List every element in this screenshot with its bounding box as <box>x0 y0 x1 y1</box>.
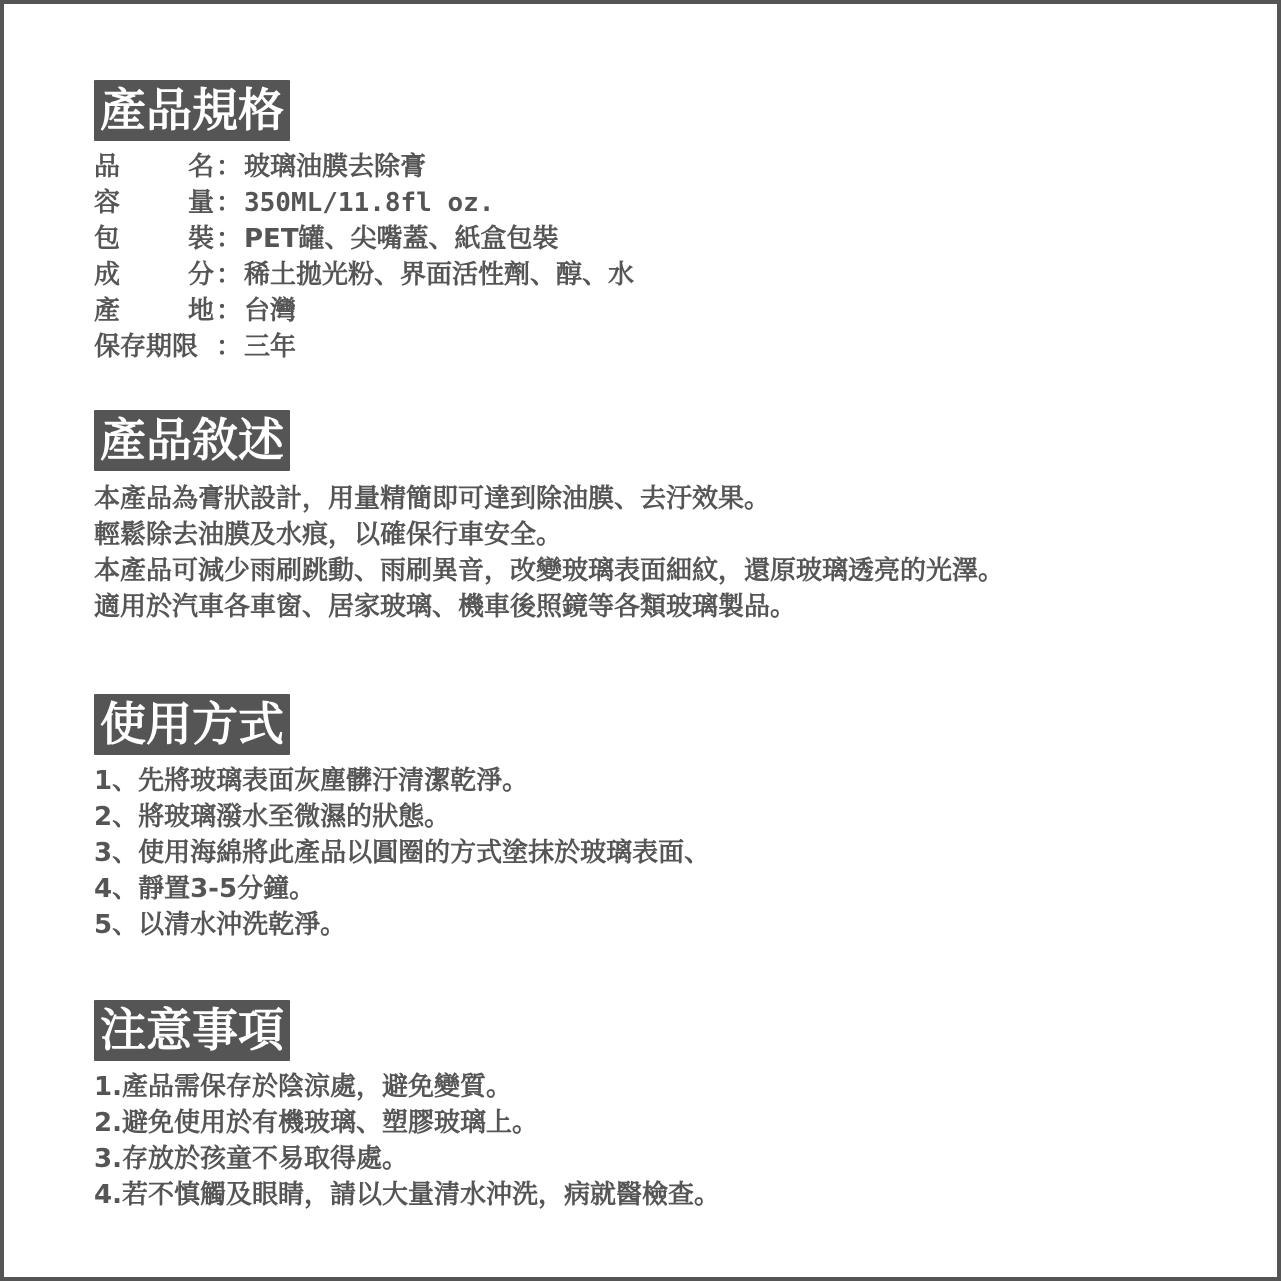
precaution-list: 1.產品需保存於陰涼處，避免變質。 2.避免使用於有機玻璃、塑膠玻璃上。 3.存… <box>94 1069 720 1213</box>
description-lines: 本產品為膏狀設計，用量精簡即可達到除油膜、去汙效果。 輕鬆除去油膜及水痕，以確保… <box>94 481 1004 625</box>
usage-steps: 1、先將玻璃表面灰塵髒汙清潔乾淨。 2、將玻璃潑水至微濕的狀態。 3、使用海綿將… <box>94 763 710 943</box>
spec-colon: ： <box>214 185 244 221</box>
spec-value-packaging: PET罐、尖嘴蓋、紙盒包裝 <box>244 221 559 257</box>
usage-step: 5、以清水沖洗乾淨。 <box>94 907 710 943</box>
spec-list: 品 名 ： 玻璃油膜去除膏 容 量 ： 350ML/11.8fl oz. 包 裝 <box>94 149 634 365</box>
spec-label: 成 分 <box>94 257 214 293</box>
spec-value-shelf-life: 三年 <box>244 329 296 365</box>
usage-step: 3、使用海綿將此產品以圓圈的方式塗抹於玻璃表面、 <box>94 835 710 871</box>
section-usage: 使用方式 1、先將玻璃表面灰塵髒汙清潔乾淨。 2、將玻璃潑水至微濕的狀態。 3、… <box>94 694 710 943</box>
spec-colon: ： <box>214 257 244 293</box>
description-line: 本產品為膏狀設計，用量精簡即可達到除油膜、去汙效果。 <box>94 481 1004 517</box>
usage-step: 4、靜置3-5分鐘。 <box>94 871 710 907</box>
spec-colon: ： <box>214 149 244 185</box>
precaution-item: 3.存放於孩童不易取得處。 <box>94 1141 720 1177</box>
usage-step: 1、先將玻璃表面灰塵髒汙清潔乾淨。 <box>94 763 710 799</box>
section-title-spec: 產品規格 <box>94 80 290 141</box>
spec-colon: ： <box>214 221 244 257</box>
section-product-description: 產品敘述 本產品為膏狀設計，用量精簡即可達到除油膜、去汙效果。 輕鬆除去油膜及水… <box>94 410 1004 625</box>
spec-row-shelf-life: 保存期限 ： 三年 <box>94 329 634 365</box>
page-frame: 產品規格 品 名 ： 玻璃油膜去除膏 容 量 ： 350ML/11.8fl oz… <box>0 0 1281 1281</box>
spec-row-packaging: 包 裝 ： PET罐、尖嘴蓋、紙盒包裝 <box>94 221 634 257</box>
spec-row-name: 品 名 ： 玻璃油膜去除膏 <box>94 149 634 185</box>
description-line: 適用於汽車各車窗、居家玻璃、機車後照鏡等各類玻璃製品。 <box>94 589 1004 625</box>
description-line: 輕鬆除去油膜及水痕，以確保行車安全。 <box>94 517 1004 553</box>
spec-label: 產 地 <box>94 293 214 329</box>
precaution-item: 2.避免使用於有機玻璃、塑膠玻璃上。 <box>94 1105 720 1141</box>
spec-row-ingredients: 成 分 ： 稀土拋光粉、界面活性劑、醇、水 <box>94 257 634 293</box>
section-title-usage: 使用方式 <box>94 694 290 755</box>
spec-label: 包 裝 <box>94 221 214 257</box>
section-product-spec: 產品規格 品 名 ： 玻璃油膜去除膏 容 量 ： 350ML/11.8fl oz… <box>94 80 634 365</box>
section-precautions: 注意事項 1.產品需保存於陰涼處，避免變質。 2.避免使用於有機玻璃、塑膠玻璃上… <box>94 1000 720 1213</box>
usage-step: 2、將玻璃潑水至微濕的狀態。 <box>94 799 710 835</box>
section-title-precautions: 注意事項 <box>94 1000 290 1061</box>
spec-value-ingredients: 稀土拋光粉、界面活性劑、醇、水 <box>244 257 634 293</box>
spec-colon: ： <box>214 293 244 329</box>
precaution-item: 4.若不慎觸及眼睛，請以大量清水沖洗，病就醫檢查。 <box>94 1177 720 1213</box>
spec-row-volume: 容 量 ： 350ML/11.8fl oz. <box>94 185 634 221</box>
spec-label: 品 名 <box>94 149 214 185</box>
section-title-description: 產品敘述 <box>94 410 290 471</box>
spec-label: 保存期限 <box>94 329 214 365</box>
description-line: 本產品可減少雨刷跳動、雨刷異音，改變玻璃表面細紋，還原玻璃透亮的光澤。 <box>94 553 1004 589</box>
precaution-item: 1.產品需保存於陰涼處，避免變質。 <box>94 1069 720 1105</box>
spec-row-origin: 產 地 ： 台灣 <box>94 293 634 329</box>
spec-value-volume: 350ML/11.8fl oz. <box>244 185 494 221</box>
spec-value-origin: 台灣 <box>244 293 296 329</box>
spec-value-name: 玻璃油膜去除膏 <box>244 149 426 185</box>
spec-colon: ： <box>214 329 244 365</box>
spec-label: 容 量 <box>94 185 214 221</box>
